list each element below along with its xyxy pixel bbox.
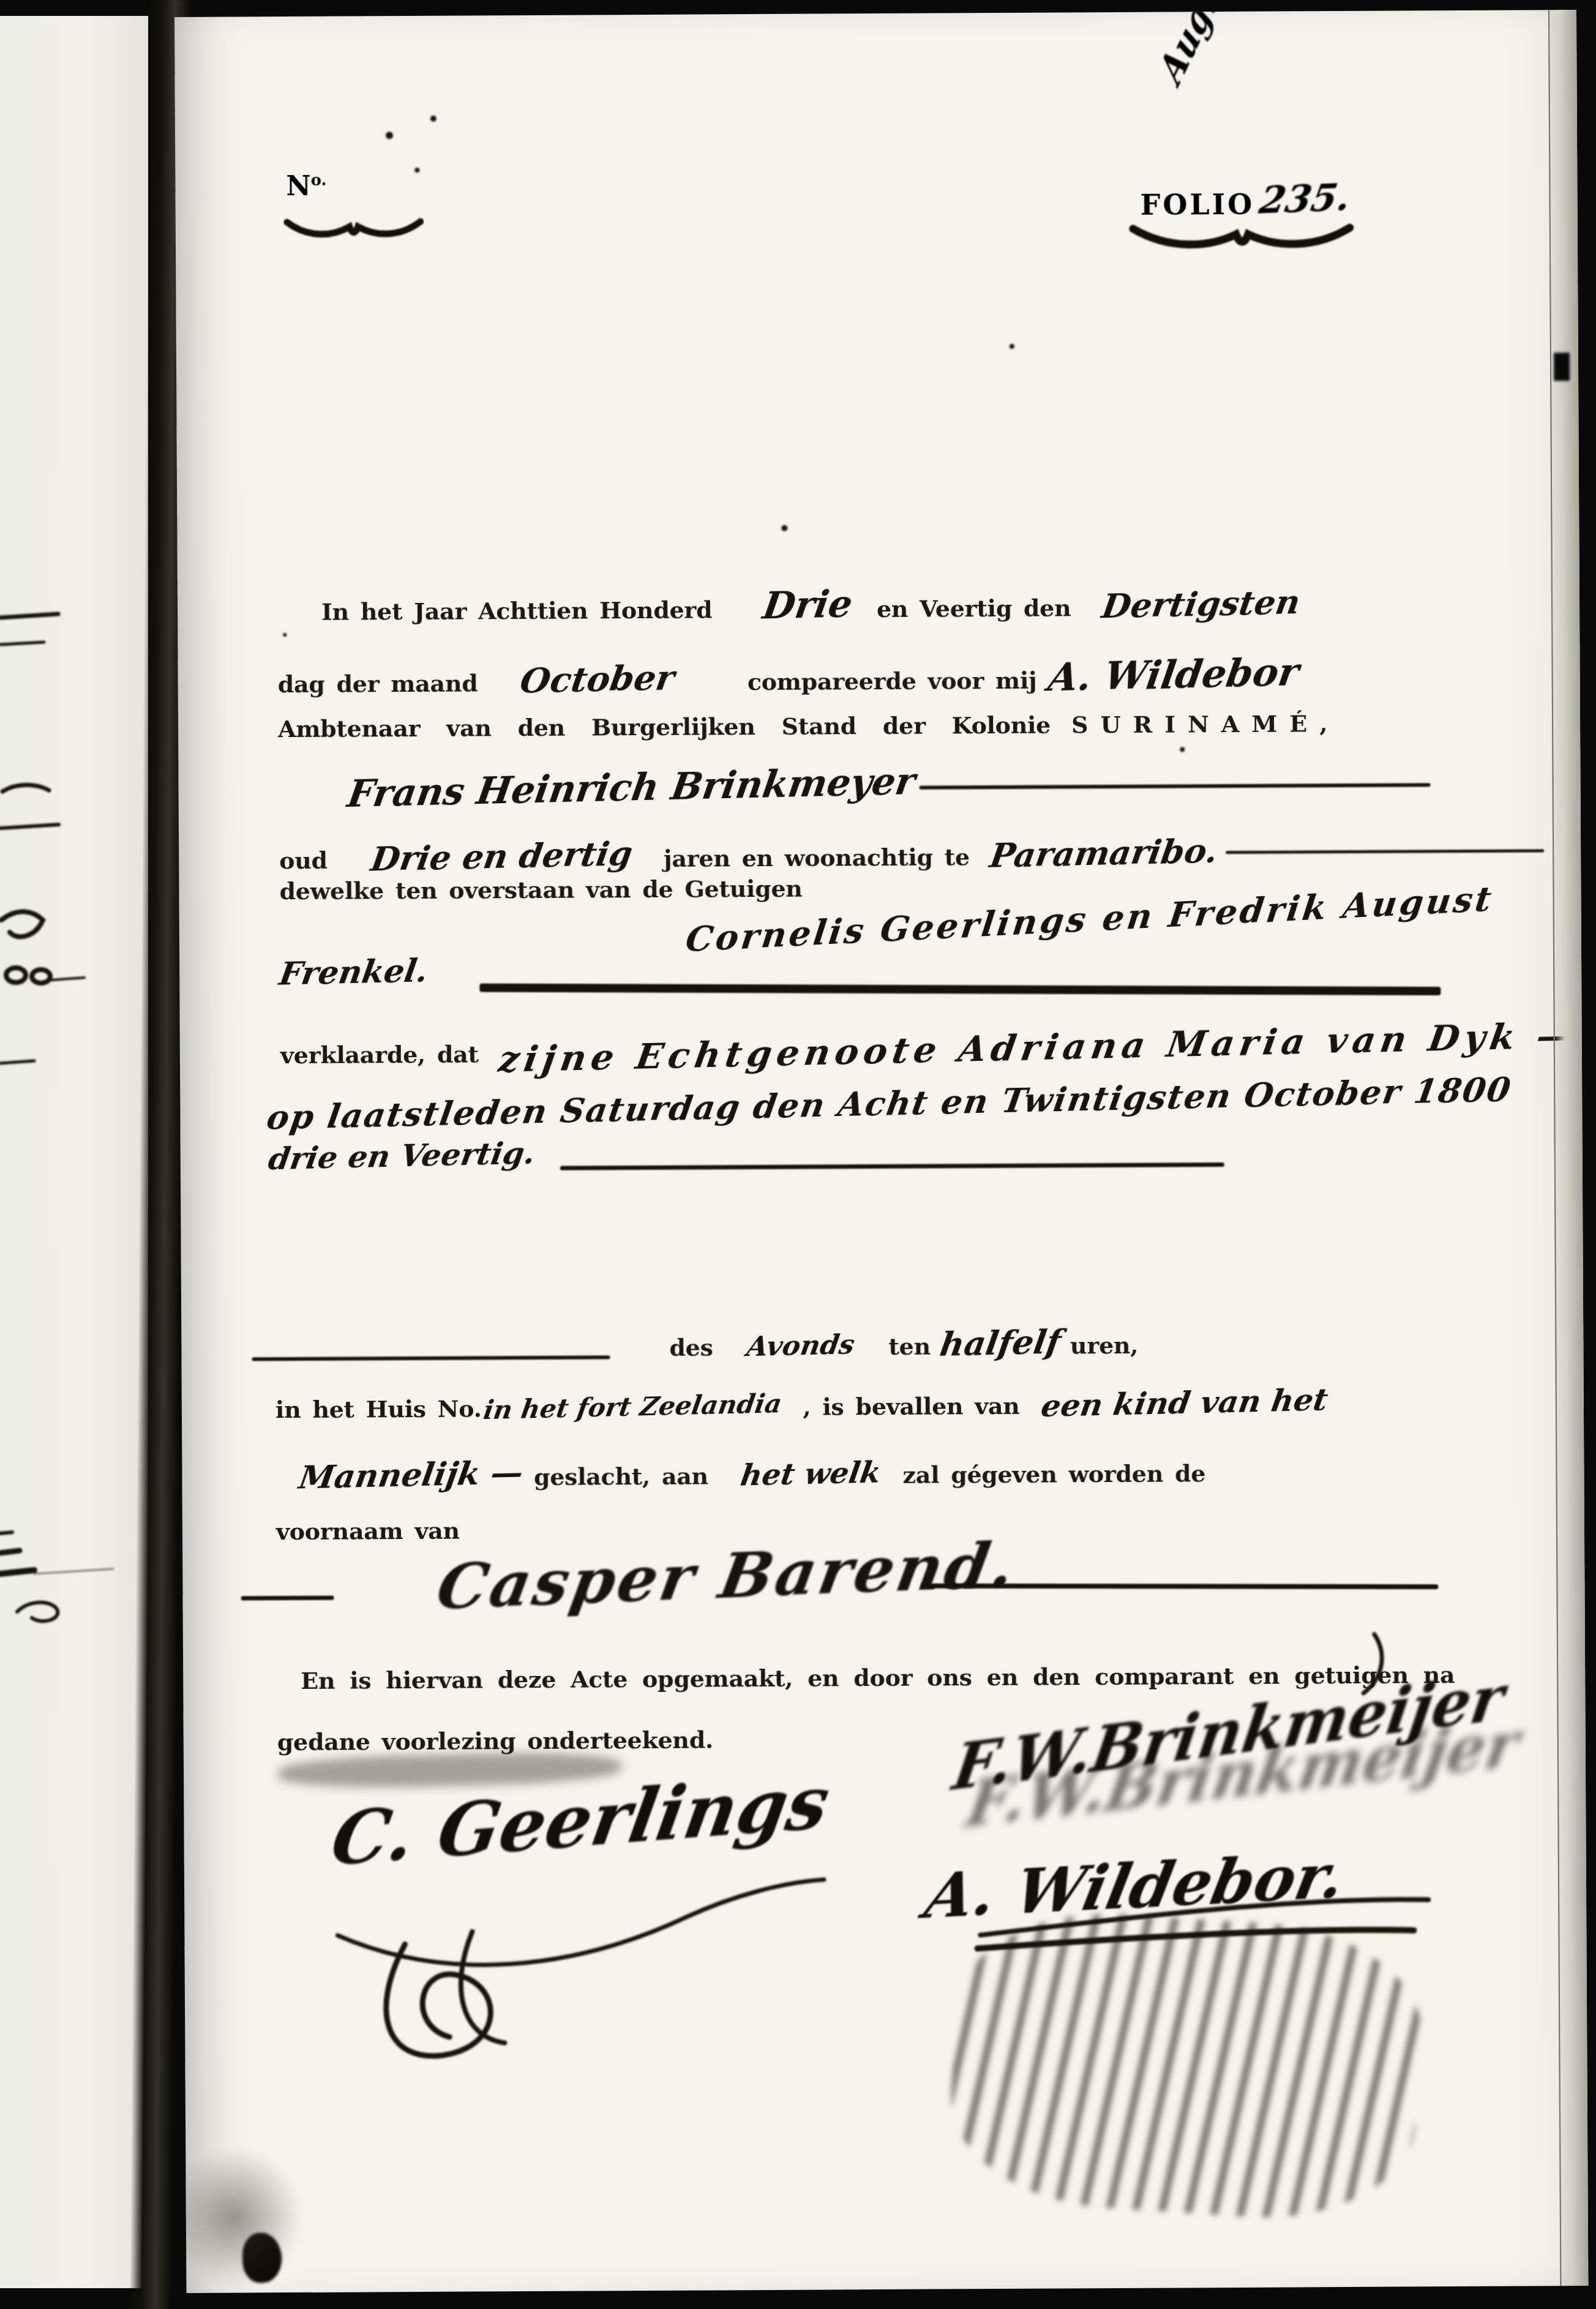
- hw-child: een kind van het: [1038, 1381, 1330, 1424]
- hw-hour: halfelf: [937, 1322, 1063, 1363]
- hw-mother-name: zijne Echtgenoote Adriana Maria van Dyk …: [496, 1014, 1581, 1080]
- fill-rule: [560, 1162, 1224, 1170]
- no-number-label: No.: [286, 171, 326, 202]
- hw-house: in het fort Zeelandia: [481, 1389, 784, 1426]
- no-superscript: o.: [311, 171, 327, 190]
- printed-text: jaren en woonachtig te: [664, 843, 970, 872]
- act-line-12: in het Huis No. in het fort Zeelandia , …: [275, 1383, 1327, 1425]
- printed-text: , is bevallen van: [803, 1392, 1019, 1421]
- act-line-1: In het Jaar Achttien Honderd Drie en Vee…: [321, 581, 1300, 629]
- printed-text: In het Jaar Achttien Honderd: [321, 596, 713, 625]
- printed-text: voornaam van: [276, 1517, 460, 1546]
- hw-declarant-name: Frans Heinrich Brinkmeyer: [345, 760, 918, 816]
- folio-number: 235.: [1256, 176, 1354, 222]
- gutter-smudge: [174, 2147, 302, 2288]
- hw-year-units: Drie: [760, 583, 856, 627]
- printed-text: gedane voorlezing onderteekend.: [277, 1726, 713, 1756]
- act-line-7: Frenkel.: [280, 953, 428, 991]
- register-corner-note: Aug.: [1152, 10, 1224, 92]
- hw-which: het welk: [738, 1455, 883, 1492]
- act-line-5: oud Drie en dertig jaren en woonachtig t…: [279, 831, 1544, 877]
- act-line-3: Ambtenaar van den Burgerlijken Stand der…: [278, 709, 1340, 743]
- printed-text: dag der maand: [278, 669, 478, 698]
- page-stack-edge: [1548, 10, 1588, 2286]
- folio-brace-icon: [1128, 218, 1355, 255]
- fill-rule: [252, 1355, 610, 1361]
- printed-text: geslacht, aan: [534, 1462, 708, 1490]
- act-line-10: drie en Veertig.: [269, 1137, 535, 1174]
- printed-text: Ambtenaar van den Burgerlijken Stand der…: [278, 711, 1051, 743]
- page-edge-notch: [1554, 353, 1570, 381]
- hw-gender: Mannelijk —: [296, 1454, 526, 1496]
- record-page: No. Aug. FOLIO 235. In het Jaar Achttien…: [174, 10, 1588, 2293]
- folio-label: FOLIO: [1141, 188, 1255, 222]
- printed-text: des: [669, 1333, 713, 1361]
- act-line-11: des Avonds ten halfelf uren,: [669, 1322, 1138, 1364]
- fill-rule: [921, 1584, 1438, 1589]
- printed-text: verklaarde, dat: [280, 1040, 479, 1069]
- hw-residence: Paramaribo.: [987, 831, 1220, 875]
- act-line-15-child-name: Casper Barend.: [440, 1538, 1014, 1615]
- act-line-6-witnesses: Cornelis Geerlings en Fredrik August: [686, 885, 1493, 952]
- hw-witnesses: Cornelis Geerlings en Fredrik August: [683, 878, 1496, 960]
- ink-transfer-smear: [945, 1904, 1428, 2227]
- act-line-14: voornaam van: [276, 1517, 460, 1546]
- fill-rule: [241, 1596, 334, 1601]
- act-line-17: gedane voorlezing onderteekend.: [277, 1726, 713, 1756]
- hw-age: Drie en dertig: [368, 833, 635, 878]
- printed-text: uren,: [1070, 1331, 1138, 1360]
- act-line-4: Frans Heinrich Brinkmeyer: [348, 765, 914, 811]
- printed-text: in het Huis No.: [275, 1394, 482, 1423]
- facing-page-edge: [0, 16, 148, 2288]
- hw-birth-date: op laatstleden Saturdag den Acht en Twin…: [264, 1069, 1515, 1137]
- heavy-fill-rule: [479, 984, 1441, 995]
- fill-rule: [920, 783, 1431, 789]
- printed-text: oud: [279, 847, 328, 874]
- printed-text: ten: [888, 1333, 931, 1360]
- hw-child-name: Casper Barend.: [432, 1528, 1022, 1625]
- act-line-8: verklaarde, dat zijne Echtgenoote Adrian…: [280, 1024, 1576, 1072]
- fill-rule: [1226, 849, 1544, 854]
- printed-text: en Veertig den: [877, 594, 1071, 623]
- ink-bleed-fragments: [0, 16, 148, 2288]
- act-line-13: Mannelijk — geslacht, aan het welk zal g…: [299, 1452, 1205, 1494]
- act-line-9: op laatstleden Saturdag den Acht en Twin…: [269, 1080, 1510, 1126]
- hw-month: October: [517, 657, 677, 702]
- colony-name: SURINAMÉ,: [1071, 709, 1340, 738]
- no-brace-icon: [283, 213, 424, 242]
- hw-official-name: A. Wildebor: [1045, 649, 1302, 700]
- act-line-2: dag der maand October compareerde voor m…: [277, 651, 1298, 702]
- hw-daypart: Avonds: [744, 1330, 856, 1363]
- hw-birth-year: drie en Veertig.: [266, 1134, 538, 1177]
- hw-day-ordinal: Dertigsten: [1100, 582, 1303, 626]
- hw-witness2: Frenkel.: [277, 952, 430, 993]
- printed-text: compareerde voor mij: [747, 667, 1037, 695]
- act-line-6: dewelke ten overstaan van de Getuigen: [279, 875, 802, 905]
- printed-text: zal gégeven worden de: [902, 1459, 1205, 1489]
- printed-text: dewelke ten overstaan van de Getuigen: [279, 875, 802, 905]
